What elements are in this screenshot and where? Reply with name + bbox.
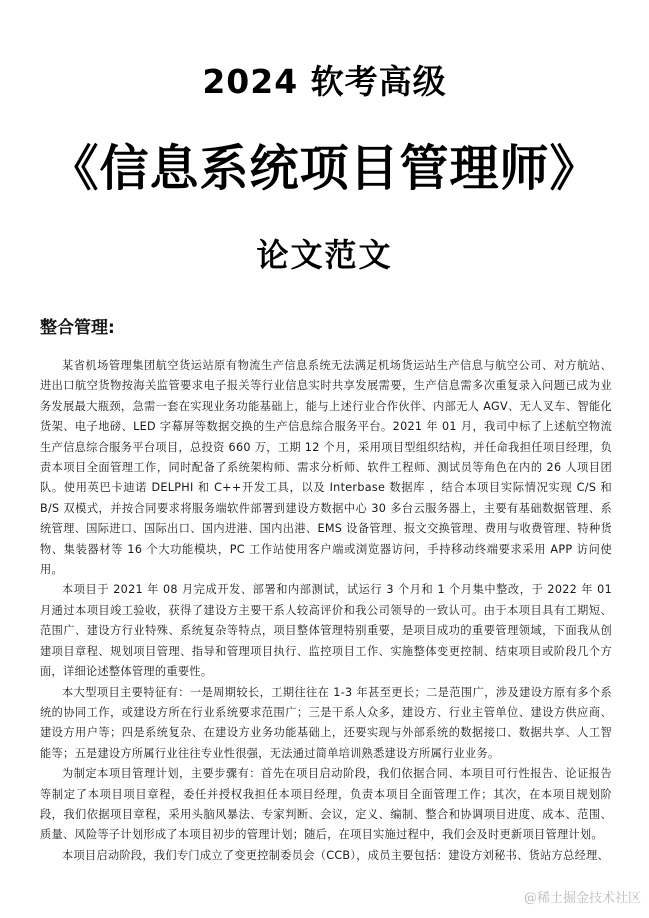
paragraph: 本项目于 2021 年 08 月完成开发、部署和内部测试，试运行 3 个月和 1… [40,580,612,682]
section-heading: 整合管理: [40,313,115,338]
paragraph: 本大型项目主要特征有：一是周期较长，工期往往在 1-3 年甚至更长；二是范围广，… [40,683,612,765]
paragraph: 某省机场管理集团航空货运站原有物流生产信息系统无法满足机场货运站生产信息与航空公… [40,356,612,580]
document-body: 某省机场管理集团航空货运站原有物流生产信息系统无法满足机场货运站生产信息与航空公… [40,356,612,866]
paragraph: 为制定本项目管理计划，主要步骤有：首先在项目启动阶段，我们依据合同、本项目可行性… [40,764,612,846]
document-title-main: 《信息系统项目管理师》 [0,130,649,200]
document-title-year: 2024 软考高级 [0,56,649,103]
paragraph: 本项目启动阶段，我们专门成立了变更控制委员会（CCB），成员主要包括：建设方刘秘… [40,846,612,866]
document-subtitle: 论文范文 [0,230,649,276]
watermark: @稀土掘金技术社区 [524,887,641,906]
